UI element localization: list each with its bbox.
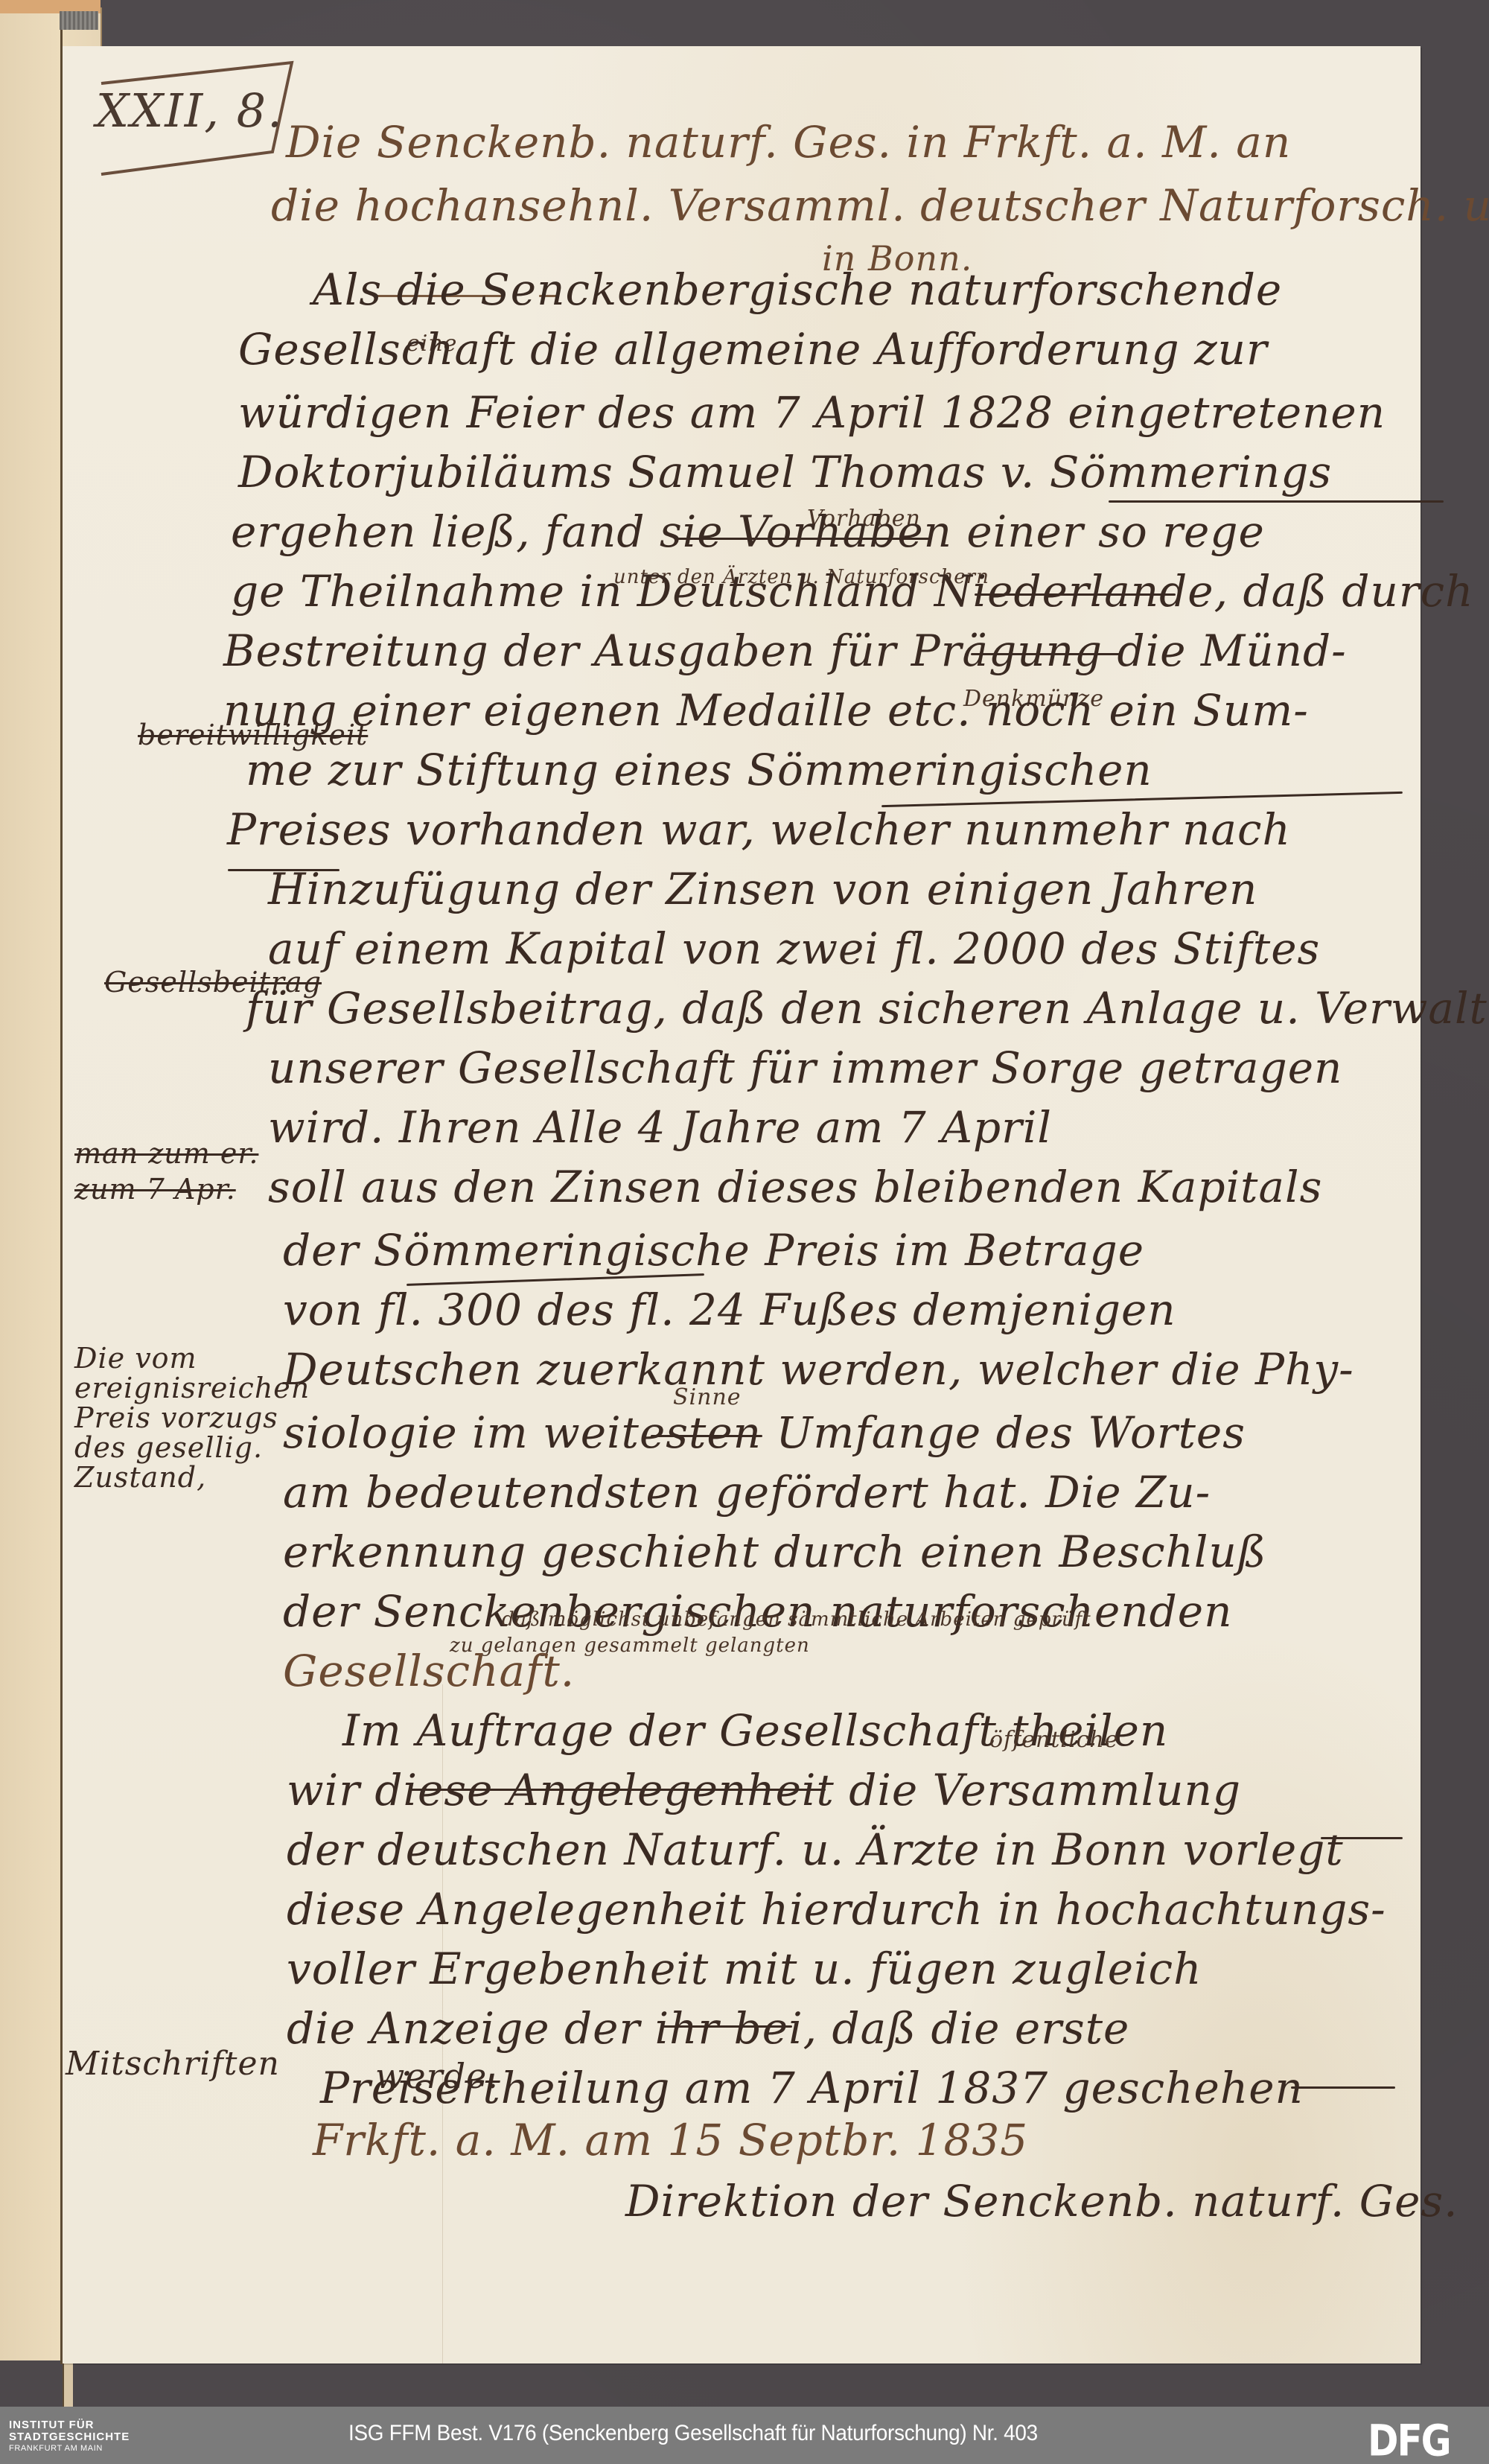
header-line-2: die hochansehnl. Versamml. deutscher Nat… — [271, 184, 1489, 227]
strike-through — [662, 2025, 792, 2028]
body-line: Preises vorhanden war, welcher nunmehr n… — [227, 808, 1291, 851]
body-line: der Sömmeringische Preis im Betrage — [283, 1229, 1144, 1272]
margin-note: Gesellsbeitrag — [104, 968, 322, 996]
body-line: Hinzufügung der Zinsen von einigen Jahre… — [268, 868, 1257, 911]
institution-city: FRANKFURT AM MAIN — [9, 2443, 130, 2454]
signature: Direktion der Senckenb. naturf. Ges. — [625, 2180, 1458, 2223]
body-line: Deutschen zuerkannt werden, welcher die … — [283, 1348, 1354, 1391]
interlinear-insert: Sinne — [673, 1387, 742, 1409]
margin-note: man zum er. — [74, 1139, 258, 1168]
strike-through — [975, 593, 1176, 596]
strike-through — [1291, 2086, 1395, 2089]
body-line: Gesellschaft die allgemeine Aufforderung… — [238, 328, 1268, 371]
margin-note: Zustand, — [74, 1463, 206, 1492]
institution-name-line-2: STADTGESCHICHTE — [9, 2431, 130, 2443]
scan-area: XXII, 8. Die Senckenb. naturf. Ges. in F… — [0, 0, 1489, 2407]
interlinear-insert: daß möglichst unbefangen sämmtliche Arbe… — [502, 1610, 1091, 1629]
closing-line: werde. — [375, 2059, 499, 2093]
body-line: ge Theilnahme in Deutschland Niederlande… — [231, 570, 1473, 613]
place-and-date: Frkft. a. M. am 15 Septbr. 1835 — [313, 2118, 1028, 2162]
institution-name-line-1: INSTITUT FÜR — [9, 2419, 130, 2431]
lower-binding-edge — [63, 2357, 73, 2409]
interlinear-insert: öffentliche — [989, 1729, 1118, 1751]
strike-through — [677, 538, 930, 540]
body-line: Gesellschaft. — [283, 1649, 575, 1693]
binding-strip — [60, 11, 98, 30]
body-line: Als die Senckenbergische naturforschende — [313, 268, 1282, 311]
body-line: siologie im weitesten Umfange des Wortes — [283, 1411, 1246, 1454]
archive-footer-bar: INSTITUT FÜR STADTGESCHICHTE FRANKFURT A… — [0, 2407, 1489, 2464]
strike-through — [651, 1435, 762, 1437]
body-line: Bestreitung der Ausgaben für Prägung die… — [223, 629, 1347, 672]
dfg-logo: DFG — [1368, 2419, 1450, 2463]
institution-logo: INSTITUT FÜR STADTGESCHICHTE FRANKFURT A… — [9, 2419, 130, 2454]
body-line: soll aus den Zinsen dieses bleibenden Ka… — [268, 1165, 1322, 1209]
margin-note: zum 7 Apr. — [74, 1175, 236, 1203]
body-line: erkennung geschieht durch einen Beschluß — [283, 1530, 1267, 1573]
strike-through — [1321, 1837, 1403, 1839]
manuscript-page: XXII, 8. Die Senckenb. naturf. Ges. in F… — [63, 46, 1421, 2363]
strike-through — [409, 1789, 826, 1791]
body-line: die Anzeige der ihr bei, daß die erste — [287, 2007, 1129, 2050]
header-line-1: Die Senckenb. naturf. Ges. in Frkft. a. … — [286, 121, 1291, 164]
name-underline — [1109, 500, 1444, 503]
margin-note: Mitschriften — [66, 2048, 280, 2081]
archive-reference-caption: ISG FFM Best. V176 (Senckenberg Gesellsc… — [348, 2421, 1038, 2446]
body-line: auf einem Kapital von zwei fl. 2000 des … — [268, 927, 1320, 970]
body-line: me zur Stiftung eines Sömmeringischen — [246, 748, 1152, 792]
archive-mark: XXII, 8. — [96, 83, 284, 138]
margin-note: des gesellig. — [74, 1433, 263, 1462]
body-line: am bedeutendsten gefördert hat. Die Zu- — [283, 1471, 1211, 1514]
body-line: Doktorjubiläums Samuel Thomas v. Sömmeri… — [238, 451, 1332, 494]
body-line: von fl. 300 des fl. 24 Fußes demjenigen — [283, 1288, 1176, 1331]
margin-note: Die vom — [74, 1344, 197, 1372]
body-line: unserer Gesellschaft für immer Sorge get… — [268, 1046, 1342, 1089]
body-line: ergehen ließ, fand sie Vorhaben einer so… — [231, 510, 1265, 553]
body-line: nung einer eigenen Medaille etc. noch ei… — [223, 689, 1309, 732]
body-line: würdigen Feier des am 7 April 1828 einge… — [238, 391, 1386, 434]
body-line: diese Angelegenheit hierdurch in hochach… — [287, 1888, 1386, 1931]
body-line: voller Ergebenheit mit u. fügen zugleich — [287, 1947, 1202, 1990]
body-line: der deutschen Naturf. u. Ärzte in Bonn v… — [287, 1828, 1344, 1871]
body-line: für Gesellsbeitrag, daß den sicheren Anl… — [246, 987, 1489, 1030]
strike-through — [971, 653, 1120, 655]
margin-note: ereignisreichen — [74, 1374, 310, 1402]
body-line: wird. Ihren Alle 4 Jahre am 7 April — [268, 1106, 1052, 1149]
margin-note: bereitwilligkeit — [138, 721, 368, 749]
margin-note: Preis vorzugs — [74, 1404, 278, 1432]
